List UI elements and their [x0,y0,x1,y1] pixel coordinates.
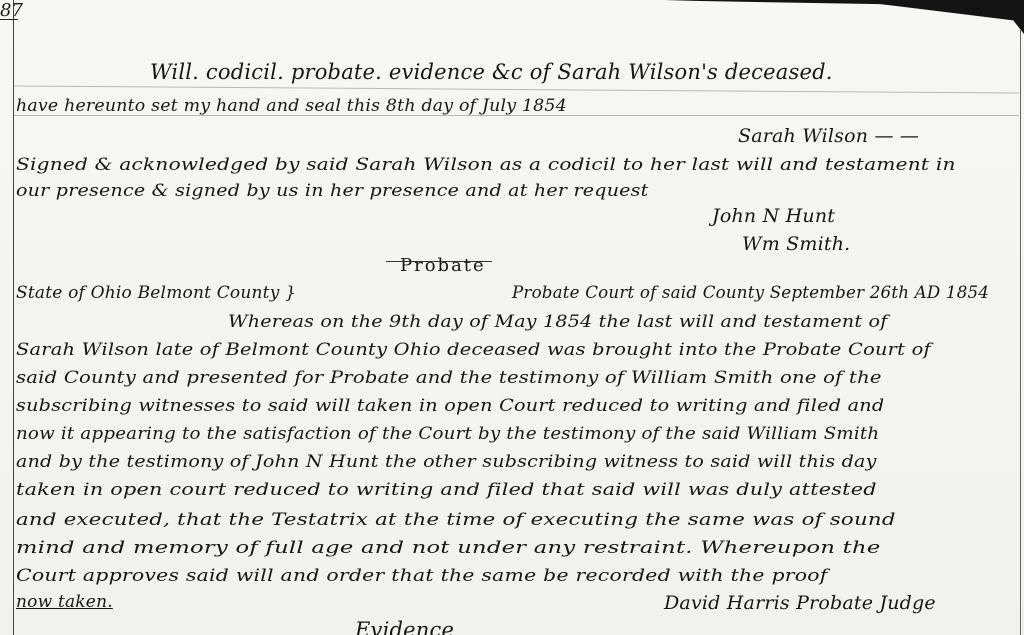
probate-line: subscribing witnesses to said will taken… [16,396,884,416]
court-date-line: Probate Court of said County September 2… [512,283,989,303]
probate-line: said County and presented for Probate an… [16,368,882,388]
book-corner-shadow [664,0,1024,34]
probate-line: now taken. [16,592,113,612]
scanned-document-page: 87 Will. codicil. probate. evidence &c o… [0,0,1024,635]
ruled-line [14,85,1019,93]
probate-line: Whereas on the 9th day of May 1854 the l… [228,312,887,332]
probate-title: Probate [400,255,486,276]
testator-signature: Sarah Wilson — — [738,125,919,147]
document-heading: Will. codicil. probate. evidence &c of S… [150,60,833,84]
judge-signature: David Harris Probate Judge [664,592,936,614]
left-margin-rule [13,0,14,635]
witness-signature: John N Hunt [712,205,835,227]
probate-line: Sarah Wilson late of Belmont County Ohio… [16,340,931,360]
will-line: have hereunto set my hand and seal this … [16,96,567,116]
probate-line: mind and memory of full age and not unde… [16,538,880,558]
page-number: 87 [0,0,23,21]
probate-line: and executed, that the Testatrix at the … [16,510,896,530]
will-line: Signed & acknowledged by said Sarah Wils… [16,155,956,175]
probate-line: and by the testimony of John N Hunt the … [16,452,877,472]
probate-line: now it appearing to the satisfaction of … [16,424,879,444]
probate-line: Court approves said will and order that … [16,566,828,586]
probate-line: taken in open court reduced to writing a… [16,480,877,500]
right-page-edge [1020,30,1021,635]
evidence-heading: Evidence [355,618,454,635]
witness-signature: Wm Smith. [742,233,850,255]
venue-line: State of Ohio Belmont County } [16,283,296,303]
will-line: our presence & signed by us in her prese… [16,181,649,201]
